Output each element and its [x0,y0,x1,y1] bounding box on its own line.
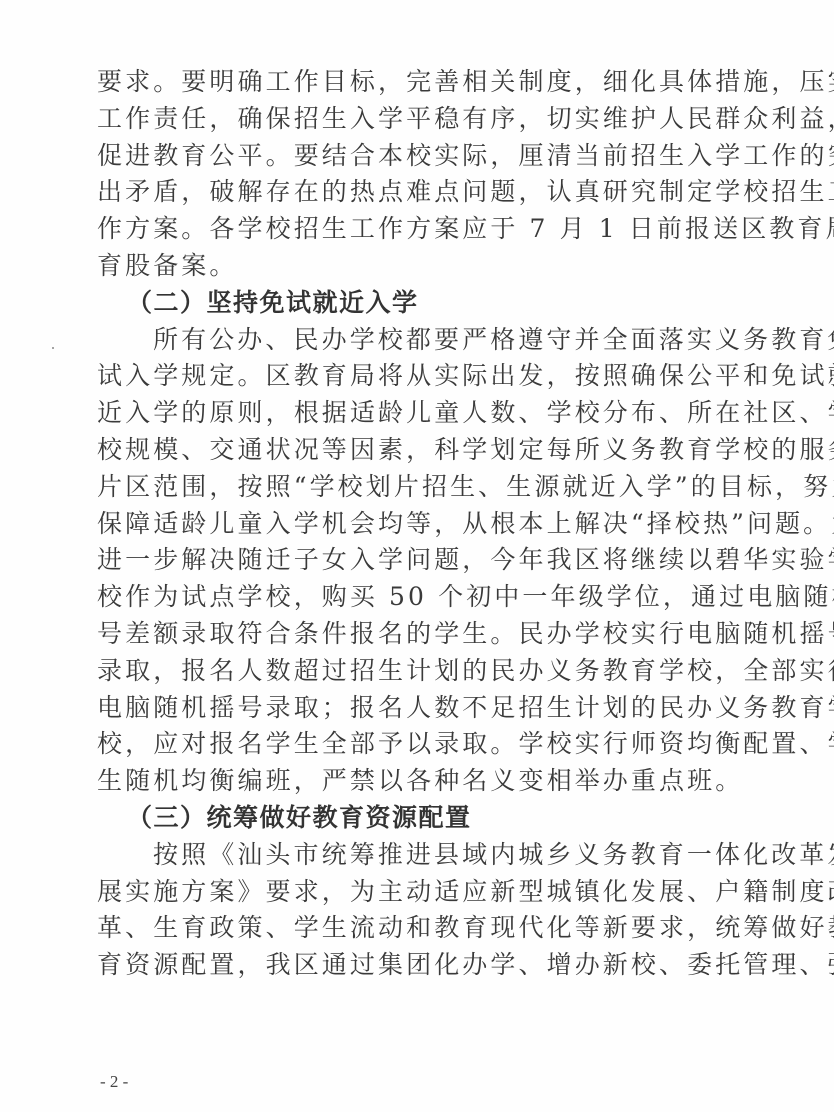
body-line: 革、生育政策、学生流动和教育现代化等新要求，统筹做好教 [97,910,727,947]
paragraph-start-line: 按照《汕头市统筹推进县域内城乡义务教育一体化改革发 [97,837,727,874]
section-heading-3: （三）统筹做好教育资源配置 [97,800,727,837]
body-line: 片区范围，按照“学校划片招生、生源就近入学”的目标，努力 [97,469,727,506]
body-line: 展实施方案》要求，为主动适应新型城镇化发展、户籍制度改 [97,874,727,911]
body-line: 促进教育公平。要结合本校实际，厘清当前招生入学工作的突 [97,138,727,175]
body-line: 校，应对报名学生全部予以录取。学校实行师资均衡配置、学 [97,726,727,763]
body-line: 近入学的原则，根据适龄儿童人数、学校分布、所在社区、学 [97,395,727,432]
body-line: 育股备案。 [97,248,727,285]
section-heading-2: （二）坚持免试就近入学 [97,285,727,322]
page-number: - 2 - [100,1072,128,1092]
body-line: 试入学规定。区教育局将从实际出发，按照确保公平和免试就 [97,358,727,395]
body-line: 出矛盾，破解存在的热点难点问题，认真研究制定学校招生工 [97,174,727,211]
document-page: 要求。要明确工作目标，完善相关制度，细化具体措施，压实 工作责任，确保招生入学平… [0,0,834,1112]
scan-speck [52,347,54,349]
body-line: 要求。要明确工作目标，完善相关制度，细化具体措施，压实 [97,64,727,101]
body-line: 校作为试点学校，购买 50 个初中一年级学位，通过电脑随机摇 [97,579,727,616]
body-line: 电脑随机摇号录取；报名人数不足招生计划的民办义务教育学 [97,690,727,727]
body-line: 保障适龄儿童入学机会均等，从根本上解决“择校热”问题。为 [97,506,727,543]
body-line: 育资源配置，我区通过集团化办学、增办新校、委托管理、强 [97,947,727,984]
body-line: 进一步解决随迁子女入学问题，今年我区将继续以碧华实验学 [97,542,727,579]
body-line: 录取，报名人数超过招生计划的民办义务教育学校，全部实行 [97,653,727,690]
body-line: 校规模、交通状况等因素，科学划定每所义务教育学校的服务 [97,432,727,469]
body-line: 号差额录取符合条件报名的学生。民办学校实行电脑随机摇号 [97,616,727,653]
body-line: 生随机均衡编班，严禁以各种名义变相举办重点班。 [97,763,727,800]
body-line: 工作责任，确保招生入学平稳有序，切实维护人民群众利益， [97,101,727,138]
paragraph-start-line: 所有公办、民办学校都要严格遵守并全面落实义务教育免 [97,322,727,359]
document-body: 要求。要明确工作目标，完善相关制度，细化具体措施，压实 工作责任，确保招生入学平… [97,64,727,984]
body-line: 作方案。各学校招生工作方案应于 7 月 1 日前报送区教育局教 [97,211,727,248]
